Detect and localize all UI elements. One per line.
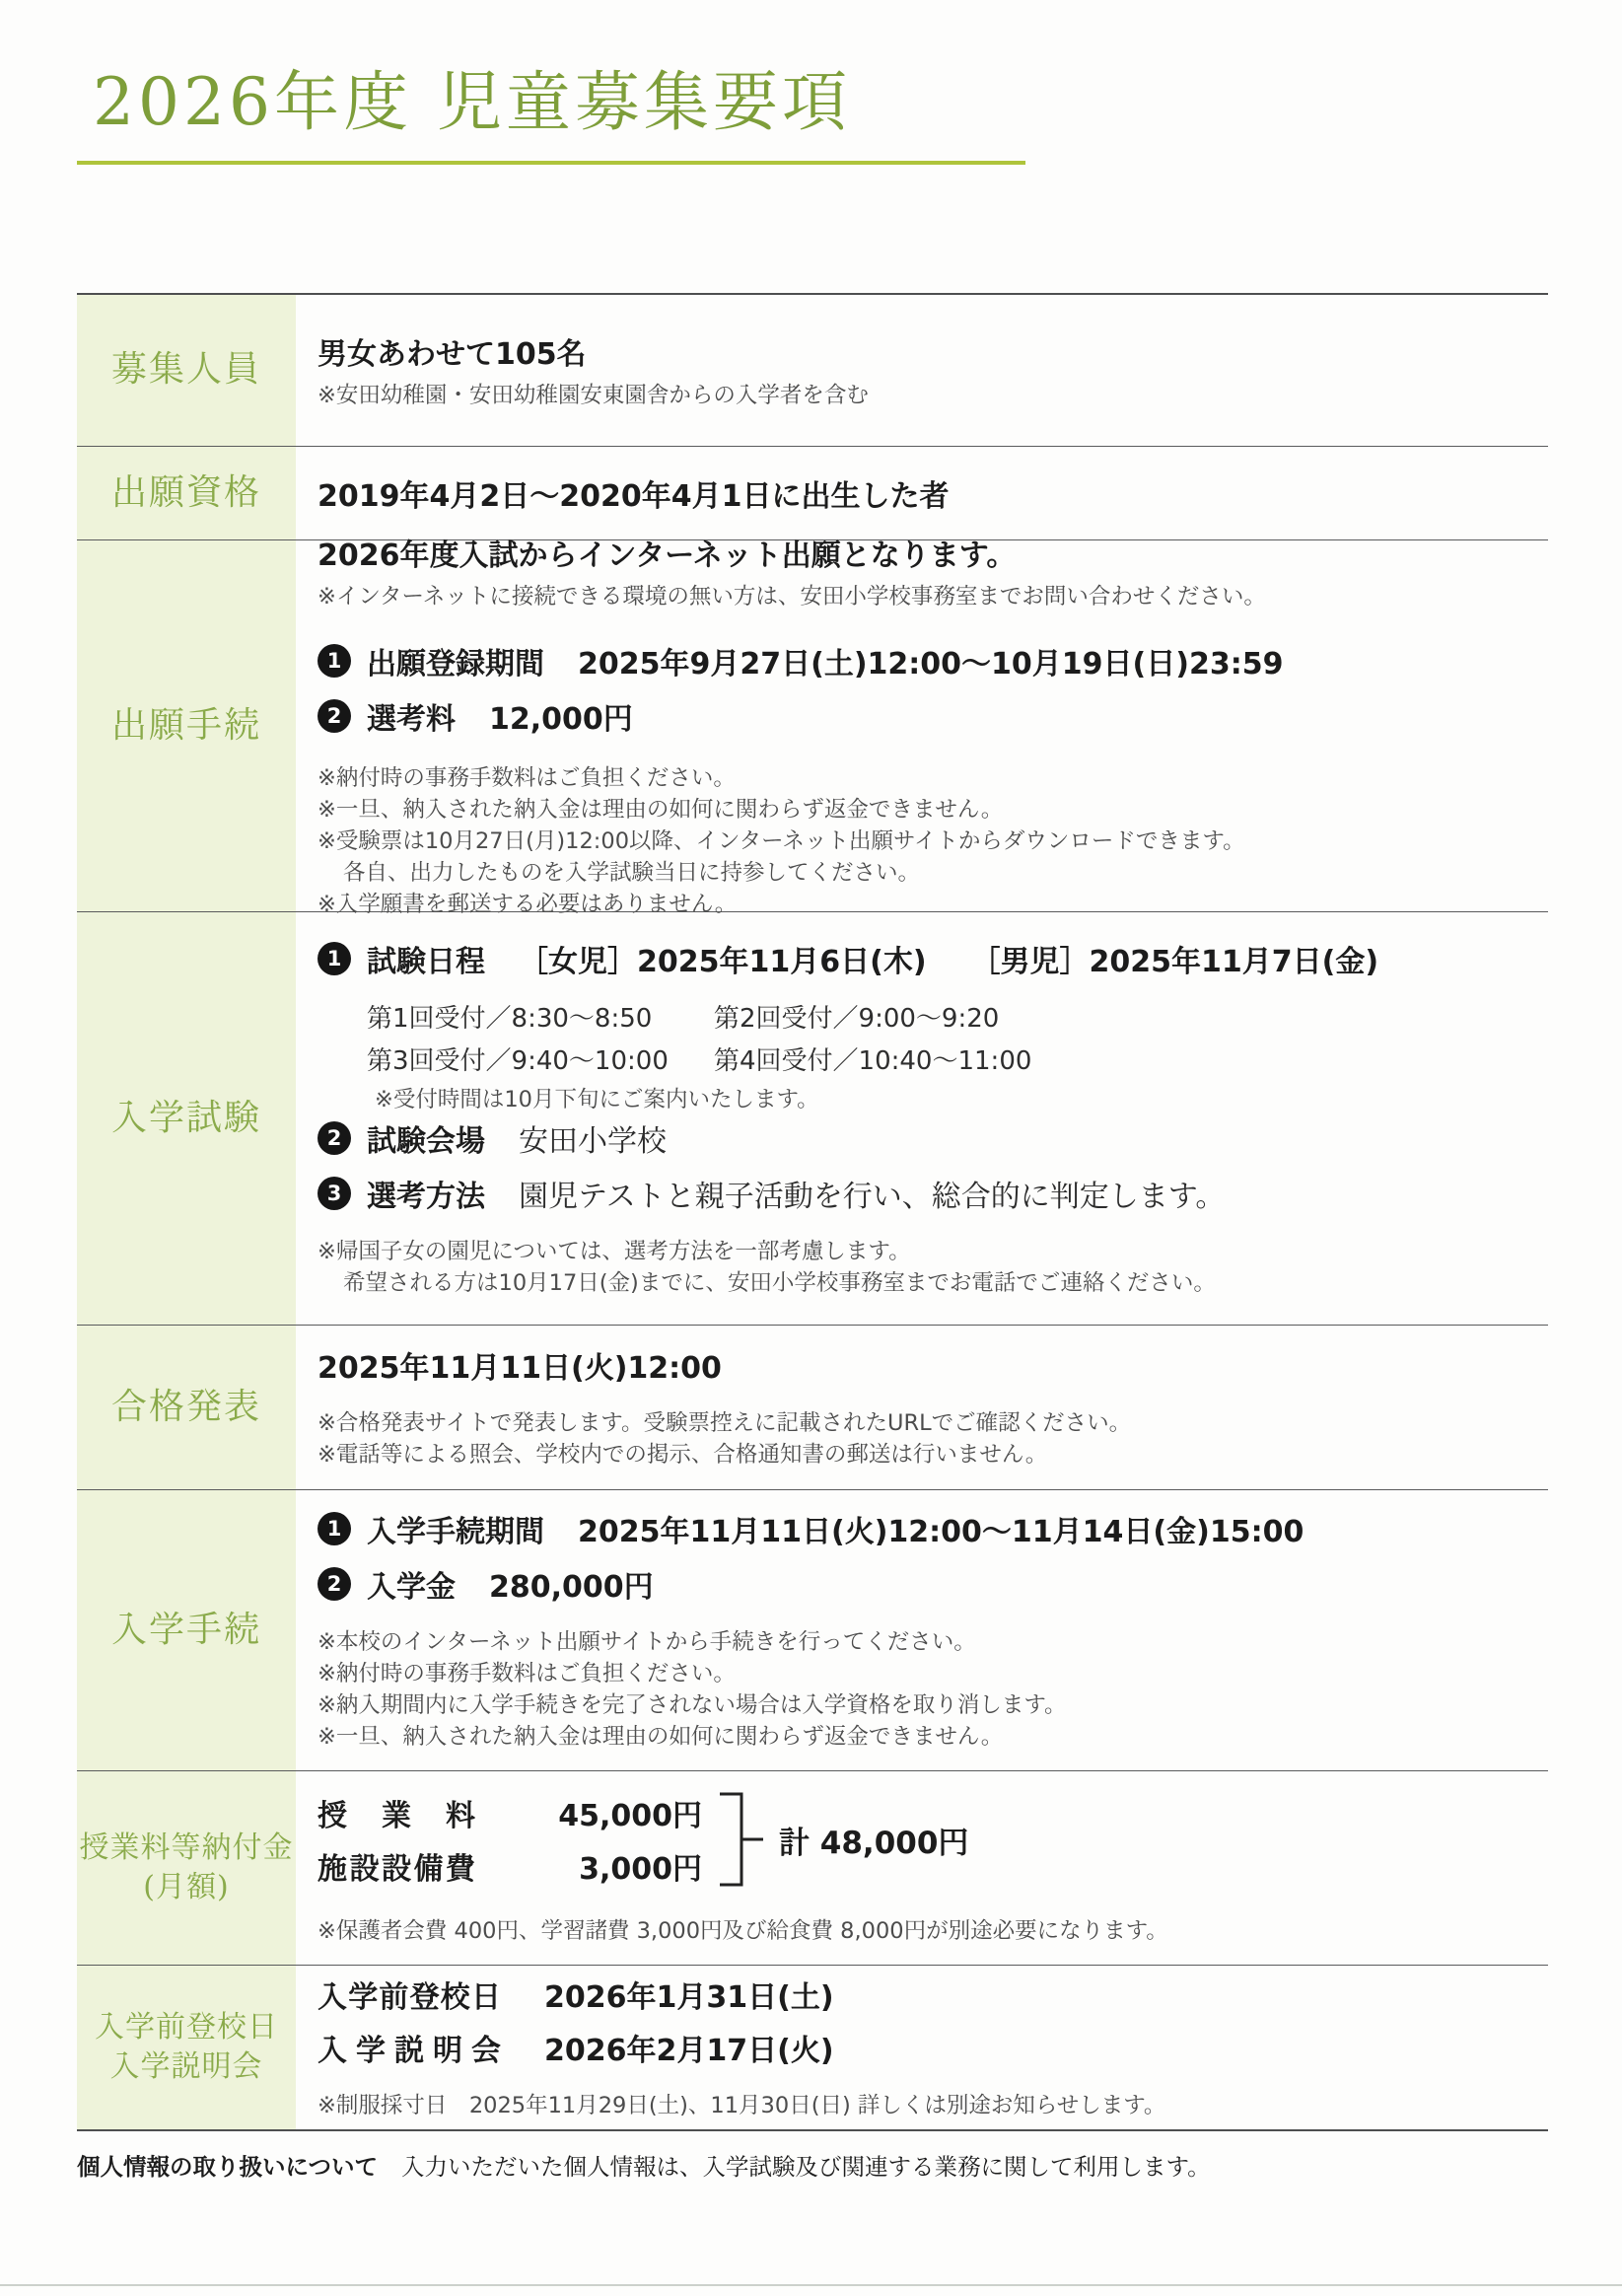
title-underline bbox=[77, 161, 1025, 165]
application-headnote: ※インターネットに接続できる環境の無い方は、安田小学校事務室までお問い合わせくだ… bbox=[317, 582, 1522, 613]
row-label-eligibility: 出願資格 bbox=[77, 447, 296, 539]
note-line: ※受験票は10月27日(月)12:00以降、インターネット出願サイトからダウンロ… bbox=[317, 826, 1522, 858]
enrollment-items: 1 入学手続期間 2025年11月11日(火)12:00～11月14日(金)15… bbox=[317, 1507, 1522, 1606]
numbered-circle-icon: 1 bbox=[317, 942, 351, 975]
eligibility-birthdate-range: 2019年4月2日～2020年4月1日に出生した者 bbox=[317, 471, 1522, 515]
note-line: ※一旦、納入された納入金は理由の如何に関わらず返金できません。 bbox=[317, 1722, 1522, 1754]
fee-label: 授業料 bbox=[317, 1791, 475, 1834]
tuition-content: 授業料 45,000円 施設設備費 3,000円 計 48,000円 ※保護者会… bbox=[296, 1771, 1548, 1965]
tuition-fee-table: 授業料 45,000円 施設設備費 3,000円 計 48,000円 bbox=[317, 1788, 1522, 1891]
item-value: 2025年11月11日(火)12:00～11月14日(金)15:00 bbox=[578, 1507, 1304, 1550]
event-date: 2026年1月31日(土) bbox=[544, 1973, 834, 2016]
exam-notes: ※帰国子女の園児については、選考方法を一部考慮します。 希望される方は10月17… bbox=[317, 1237, 1522, 1300]
item-label: 選考料 bbox=[367, 694, 456, 738]
application-item-registration: 1 出願登録期間 2025年9月27日(土)12:00～10月19日(日)23:… bbox=[317, 639, 1522, 682]
row-label-recruitment: 募集人員 bbox=[77, 295, 296, 446]
results-content: 2025年11月11日(火)12:00 ※合格発表サイトで発表します。受験票控え… bbox=[296, 1326, 1548, 1489]
item-label: 入学手続期間 bbox=[367, 1507, 544, 1550]
exam-item-schedule: 1 試験日程 ［女児］2025年11月6日(木) ［男児］2025年11月7日(… bbox=[317, 937, 1522, 980]
exam-content: 1 試験日程 ［女児］2025年11月6日(木) ［男児］2025年11月7日(… bbox=[296, 912, 1548, 1325]
label-line: 入学前登校日 bbox=[95, 2008, 278, 2048]
item-value: 2025年9月27日(土)12:00～10月19日(日)23:59 bbox=[578, 639, 1283, 682]
admission-table: 募集人員 男女あわせて105名 ※安田幼稚園・安田幼稚園安東園舎からの入学者を含… bbox=[77, 293, 1548, 2131]
row-pre-enrollment-events: 入学前登校日 入学説明会 入学前登校日 2026年1月31日(土) 入学説明会 … bbox=[77, 1965, 1548, 2129]
note-line: ※電話等による照会、学校内での掲示、合格通知書の郵送は行いません。 bbox=[317, 1440, 1522, 1471]
reception-row: 第3回受付／9:40～10:00 第4回受付／10:40～11:00 bbox=[367, 1040, 1522, 1077]
note-line: ※納付時の事務手数料はご負担ください。 bbox=[317, 1659, 1522, 1690]
row-recruitment-numbers: 募集人員 男女あわせて105名 ※安田幼稚園・安田幼稚園安東園舎からの入学者を含… bbox=[77, 295, 1548, 446]
numbered-circle-icon: 1 bbox=[317, 1512, 351, 1545]
row-tuition-fees: 授業料等納付金 (月額) 授業料 45,000円 施設設備費 3,000円 bbox=[77, 1770, 1548, 1965]
document-header: 2026年度 児童募集要項 bbox=[77, 49, 1548, 165]
row-eligibility: 出願資格 2019年4月2日～2020年4月1日に出生した者 bbox=[77, 446, 1548, 539]
reception-row: 第1回受付／8:30～8:50 第2回受付／9:00～9:20 bbox=[367, 998, 1522, 1035]
item-value: ［女児］2025年11月6日(木) ［男児］2025年11月7日(金) bbox=[519, 937, 1378, 980]
note-line-continuation: 各自、出力したものを入学試験当日に持参してください。 bbox=[317, 858, 1522, 890]
label-line: (月額) bbox=[143, 1868, 229, 1908]
row-label-results: 合格発表 bbox=[77, 1326, 296, 1489]
eligibility-content: 2019年4月2日～2020年4月1日に出生した者 bbox=[296, 447, 1548, 539]
row-entrance-exam: 入学試験 1 試験日程 ［女児］2025年11月6日(木) ［男児］2025年1… bbox=[77, 911, 1548, 1325]
event-label: 入学説明会 bbox=[317, 2026, 501, 2069]
item-label: 選考方法 bbox=[367, 1172, 485, 1215]
item-label: 入学金 bbox=[367, 1562, 456, 1606]
note-line-continuation: 希望される方は10月17日(金)までに、安田小学校事務室までお電話でご連絡くださ… bbox=[317, 1268, 1522, 1300]
scan-edge-line bbox=[0, 2284, 1622, 2286]
label-line: 入学説明会 bbox=[110, 2047, 263, 2088]
results-datetime: 2025年11月11日(火)12:00 bbox=[317, 1343, 1522, 1387]
enrollment-notes: ※本校のインターネット出願サイトから手続きを行ってください。 ※納付時の事務手数… bbox=[317, 1627, 1522, 1754]
event-date: 2026年2月17日(火) bbox=[544, 2026, 834, 2069]
reception-slot: 第4回受付／10:40～11:00 bbox=[714, 1040, 1061, 1077]
reception-note: ※受付時間は10月下旬にご案内いたします。 bbox=[317, 1085, 1522, 1116]
note-line: ※合格発表サイトで発表します。受験票控えに記載されたURLでご確認ください。 bbox=[317, 1408, 1522, 1440]
note-line: ※一旦、納入された納入金は理由の如何に関わらず返金できません。 bbox=[317, 795, 1522, 826]
application-item-fee: 2 選考料 12,000円 bbox=[317, 694, 1522, 738]
uniform-fitting-note: ※制服採寸日 2025年11月29日(土)、11月30日(日) 詳しくは別途お知… bbox=[317, 2091, 1522, 2122]
recruitment-capacity: 男女あわせて105名 bbox=[317, 329, 1522, 373]
enrollment-item-period: 1 入学手続期間 2025年11月11日(火)12:00～11月14日(金)15… bbox=[317, 1507, 1522, 1550]
exam-reception-times: 第1回受付／8:30～8:50 第2回受付／9:00～9:20 第3回受付／9:… bbox=[317, 992, 1522, 1077]
page-title: 2026年度 児童募集要項 bbox=[93, 49, 1548, 143]
privacy-footer: 個人情報の取り扱いについて 入力いただいた個人情報は、入学試験及び関連する業務に… bbox=[77, 2148, 1548, 2182]
row-results-announcement: 合格発表 2025年11月11日(火)12:00 ※合格発表サイトで発表します。… bbox=[77, 1325, 1548, 1489]
item-label: 試験日程 bbox=[367, 937, 485, 980]
numbered-circle-icon: 2 bbox=[317, 699, 351, 733]
row-label-application: 出願手続 bbox=[77, 540, 296, 911]
fee-line-tuition: 授業料 45,000円 bbox=[317, 1791, 702, 1834]
note-line: ※納付時の事務手数料はご負担ください。 bbox=[317, 763, 1522, 795]
row-application-procedure: 出願手続 2026年度入試からインターネット出願となります。 ※インターネットに… bbox=[77, 539, 1548, 911]
results-notes: ※合格発表サイトで発表します。受験票控えに記載されたURLでご確認ください。 ※… bbox=[317, 1408, 1522, 1471]
item-value: 安田小学校 bbox=[519, 1116, 667, 1160]
tuition-note: ※保護者会費 400円、学習諸費 3,000円及び給食費 8,000円が別途必要… bbox=[317, 1916, 1522, 1948]
document-page: 2026年度 児童募集要項 募集人員 男女あわせて105名 ※安田幼稚園・安田幼… bbox=[0, 0, 1622, 2296]
privacy-footer-label: 個人情報の取り扱いについて bbox=[77, 2148, 378, 2182]
sum-bracket-icon bbox=[720, 1788, 765, 1891]
exam-item-venue: 2 試験会場 安田小学校 bbox=[317, 1116, 1522, 1160]
event-pre-enrollment-day: 入学前登校日 2026年1月31日(土) bbox=[317, 1973, 1522, 2016]
fee-total: 計 48,000円 bbox=[779, 1818, 968, 1862]
row-label-exam: 入学試験 bbox=[77, 912, 296, 1325]
reception-slot: 第1回受付／8:30～8:50 bbox=[367, 998, 714, 1035]
item-label: 出願登録期間 bbox=[367, 639, 544, 682]
row-enrollment-procedure: 入学手続 1 入学手続期間 2025年11月11日(火)12:00～11月14日… bbox=[77, 1489, 1548, 1770]
event-orientation: 入学説明会 2026年2月17日(火) bbox=[317, 2026, 1522, 2069]
row-label-tuition: 授業料等納付金 (月額) bbox=[77, 1771, 296, 1965]
application-notes: ※納付時の事務手数料はご負担ください。 ※一旦、納入された納入金は理由の如何に関… bbox=[317, 763, 1522, 921]
numbered-circle-icon: 2 bbox=[317, 1121, 351, 1155]
application-items: 1 出願登録期間 2025年9月27日(土)12:00～10月19日(日)23:… bbox=[317, 639, 1522, 738]
recruitment-note: ※安田幼稚園・安田幼稚園安東園舎からの入学者を含む bbox=[317, 381, 1522, 412]
numbered-circle-icon: 3 bbox=[317, 1177, 351, 1210]
label-line: 授業料等納付金 bbox=[80, 1829, 294, 1869]
application-content: 2026年度入試からインターネット出願となります。 ※インターネットに接続できる… bbox=[296, 540, 1548, 911]
fee-lines: 授業料 45,000円 施設設備費 3,000円 bbox=[317, 1791, 702, 1888]
fee-line-facility: 施設設備費 3,000円 bbox=[317, 1844, 702, 1888]
fee-value: 3,000円 bbox=[475, 1844, 702, 1888]
item-value: 280,000円 bbox=[489, 1562, 654, 1606]
event-label: 入学前登校日 bbox=[317, 1973, 501, 2016]
recruitment-content: 男女あわせて105名 ※安田幼稚園・安田幼稚園安東園舎からの入学者を含む bbox=[296, 295, 1548, 446]
events-content: 入学前登校日 2026年1月31日(土) 入学説明会 2026年2月17日(火)… bbox=[296, 1966, 1548, 2129]
item-value: 園児テストと親子活動を行い、総合的に判定します。 bbox=[519, 1172, 1225, 1215]
fee-label: 施設設備費 bbox=[317, 1844, 475, 1888]
numbered-circle-icon: 2 bbox=[317, 1567, 351, 1601]
reception-slot: 第3回受付／9:40～10:00 bbox=[367, 1040, 714, 1077]
item-label: 試験会場 bbox=[367, 1116, 485, 1160]
application-headline: 2026年度入試からインターネット出願となります。 bbox=[317, 531, 1522, 574]
reception-slot: 第2回受付／9:00～9:20 bbox=[714, 998, 1061, 1035]
exam-item-method: 3 選考方法 園児テストと親子活動を行い、総合的に判定します。 bbox=[317, 1172, 1522, 1215]
item-value: 12,000円 bbox=[489, 694, 633, 738]
privacy-footer-text: 入力いただいた個人情報は、入学試験及び関連する業務に関して利用します。 bbox=[401, 2148, 1211, 2182]
fee-value: 45,000円 bbox=[475, 1791, 702, 1834]
note-line: ※納入期間内に入学手続きを完了されない場合は入学資格を取り消します。 bbox=[317, 1690, 1522, 1722]
enrollment-item-fee: 2 入学金 280,000円 bbox=[317, 1562, 1522, 1606]
note-line: ※本校のインターネット出願サイトから手続きを行ってください。 bbox=[317, 1627, 1522, 1659]
enrollment-content: 1 入学手続期間 2025年11月11日(火)12:00～11月14日(金)15… bbox=[296, 1490, 1548, 1770]
numbered-circle-icon: 1 bbox=[317, 644, 351, 678]
row-label-events: 入学前登校日 入学説明会 bbox=[77, 1966, 296, 2129]
note-line: ※帰国子女の園児については、選考方法を一部考慮します。 bbox=[317, 1237, 1522, 1268]
row-label-enrollment: 入学手続 bbox=[77, 1490, 296, 1770]
